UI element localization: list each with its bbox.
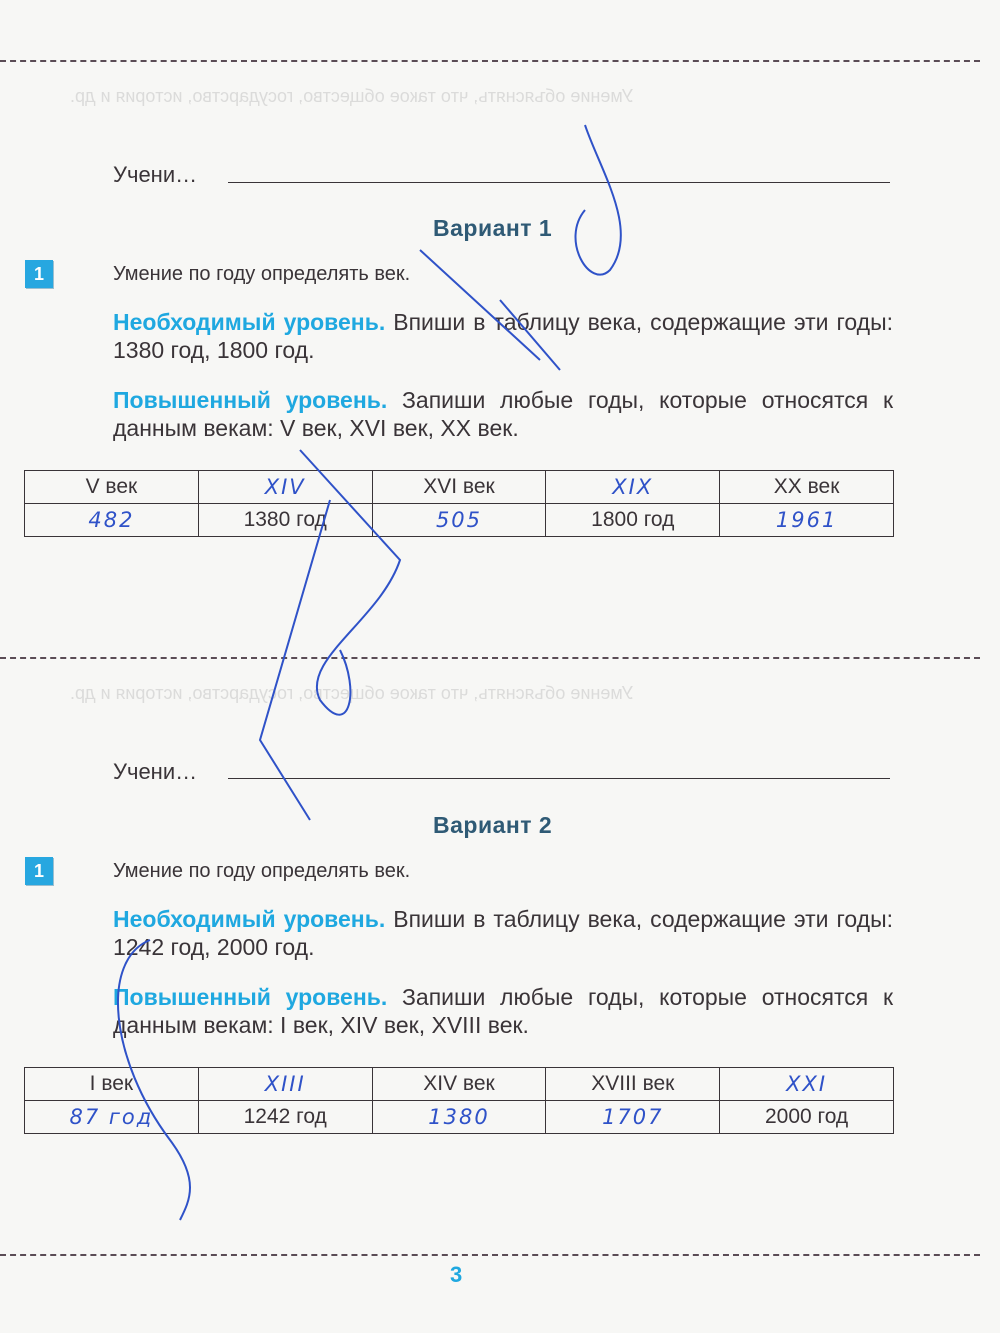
table-cell: XIV век xyxy=(372,1068,546,1101)
bleed-through-text: Умение объяснять, что такое общество, го… xyxy=(70,683,633,704)
advanced-level-label: Повышенный уровень. xyxy=(113,984,387,1010)
answer-cell[interactable]: XIX xyxy=(546,471,720,504)
task-title: Умение по году определять век. xyxy=(113,263,410,286)
advanced-level: Повышенный уровень. Запиши любые годы, к… xyxy=(113,386,893,442)
required-level-label: Необходимый уровень. xyxy=(113,906,385,932)
answer-cell[interactable]: XIV xyxy=(198,471,372,504)
table-cell: XVIII век xyxy=(546,1068,720,1101)
answer-cell[interactable]: 87 год xyxy=(25,1101,199,1134)
table-row: V векXIVXVI векXIXXX век xyxy=(25,471,894,504)
table-cell: V век xyxy=(25,471,199,504)
table-cell: 2000 год xyxy=(720,1101,894,1134)
table-row: 87 год1242 год138017072000 год xyxy=(25,1101,894,1134)
student-label: Учени… xyxy=(113,759,197,785)
advanced-level-label: Повышенный уровень. xyxy=(113,387,387,413)
variant-title: Вариант 2 xyxy=(433,812,552,839)
answer-cell[interactable]: XXI xyxy=(720,1068,894,1101)
required-level-label: Необходимый уровень. xyxy=(113,309,385,335)
answer-cell[interactable]: 1707 xyxy=(546,1101,720,1134)
cut-line-top xyxy=(0,60,980,62)
table-cell: 1242 год xyxy=(198,1101,372,1134)
task-title: Умение по году определять век. xyxy=(113,860,410,883)
cut-line-middle xyxy=(0,657,980,659)
bleed-through-text: Умение объяснять, что такое общество, го… xyxy=(70,86,633,107)
answer-cell[interactable]: 505 xyxy=(372,504,546,537)
table-row: I векXIIIXIV векXVIII векXXI xyxy=(25,1068,894,1101)
advanced-level: Повышенный уровень. Запиши любые годы, к… xyxy=(113,983,893,1039)
table-cell: I век xyxy=(25,1068,199,1101)
century-table: I векXIIIXIV векXVIII векXXI 87 год1242 … xyxy=(24,1067,894,1134)
answer-cell[interactable]: XIII xyxy=(198,1068,372,1101)
student-name-line[interactable] xyxy=(228,182,890,183)
cut-line-bottom xyxy=(0,1254,980,1256)
table-cell: XX век xyxy=(720,471,894,504)
required-level: Необходимый уровень. Впиши в таблицу век… xyxy=(113,905,893,961)
table-cell: XVI век xyxy=(372,471,546,504)
answer-cell[interactable]: 1961 xyxy=(720,504,894,537)
answer-cell[interactable]: 482 xyxy=(25,504,199,537)
student-name-line[interactable] xyxy=(228,778,890,779)
table-cell: 1380 год xyxy=(198,504,372,537)
page-number: 3 xyxy=(450,1262,462,1288)
task-number-badge: 1 xyxy=(25,260,53,288)
century-table: V векXIVXVI векXIXXX век 4821380 год5051… xyxy=(24,470,894,537)
student-label: Учени… xyxy=(113,162,197,188)
required-level: Необходимый уровень. Впиши в таблицу век… xyxy=(113,308,893,364)
answer-cell[interactable]: 1380 xyxy=(372,1101,546,1134)
variant-title: Вариант 1 xyxy=(433,215,552,242)
table-row: 4821380 год5051800 год1961 xyxy=(25,504,894,537)
task-number-badge: 1 xyxy=(25,857,53,885)
table-cell: 1800 год xyxy=(546,504,720,537)
